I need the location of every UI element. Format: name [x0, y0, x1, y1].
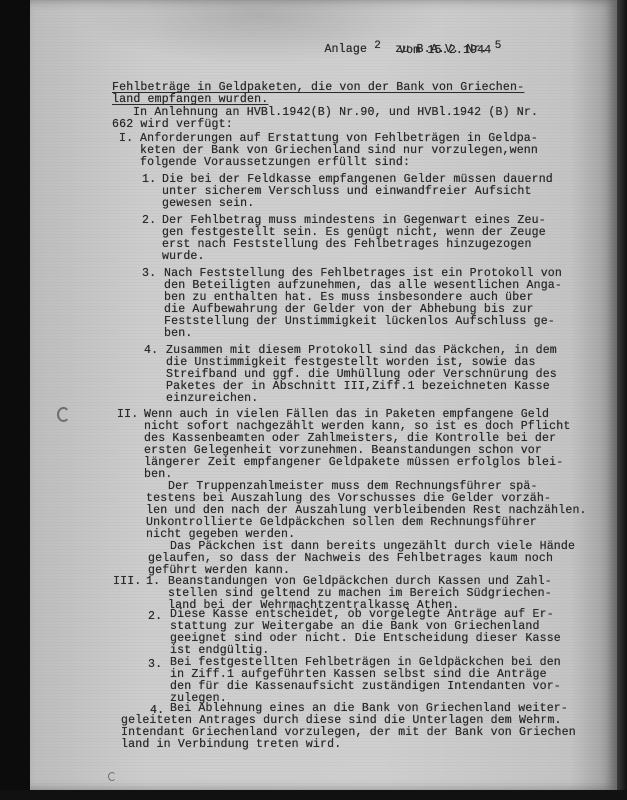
item-number: 4. [144, 345, 158, 357]
item-text: Feststellung der Unstimmigkeit lückenlos… [164, 316, 555, 328]
item-number: 1. [142, 174, 156, 186]
annex-label: Anlage [324, 43, 367, 56]
item-number: 2. [142, 215, 156, 227]
scan-bottom-edge [0, 790, 627, 800]
punch-hole-icon [108, 772, 116, 781]
section-ii-numeral: II. [117, 409, 138, 421]
section-i-numeral: I. [119, 133, 133, 145]
item-text: den für die Kassenaufsicht zuständigen I… [170, 681, 561, 693]
item-text: erst nach Feststellung des Fehlbetrages … [162, 239, 532, 251]
item-number: 1. [146, 576, 160, 588]
intro-line-2: 662 wird verfügt: [112, 119, 233, 131]
section-iii-numeral: III. [113, 576, 141, 588]
item-text: wurde. [162, 251, 205, 263]
item-number: 3. [142, 268, 156, 280]
item-text: ben. [164, 328, 192, 340]
scanned-document-page: Anlage 2 zu B.A.V. Nr. 5 vom 15.2.1944 F… [30, 0, 617, 790]
item-text: land in Verbindung treten wird. [121, 739, 341, 751]
section-i-line: folgende Voraussetzungen erfüllt sind: [140, 157, 410, 169]
section-ii-line: längerer Zeit empfangener Geldpakete müs… [144, 457, 563, 469]
reference-number: 5 [495, 40, 502, 52]
item-text: gewesen sein. [162, 198, 254, 210]
punch-hole-icon [57, 407, 70, 422]
annex-number: 2 [374, 40, 381, 52]
scan-edge-shadow [617, 0, 627, 800]
document-date: vom 15.2.1944 [399, 45, 491, 57]
item-number: 2. [148, 611, 162, 623]
item-text: einzureichen. [166, 393, 258, 405]
item-number: 3. [148, 659, 162, 671]
document-title-line-2: land empfangen wurden. [112, 94, 268, 106]
